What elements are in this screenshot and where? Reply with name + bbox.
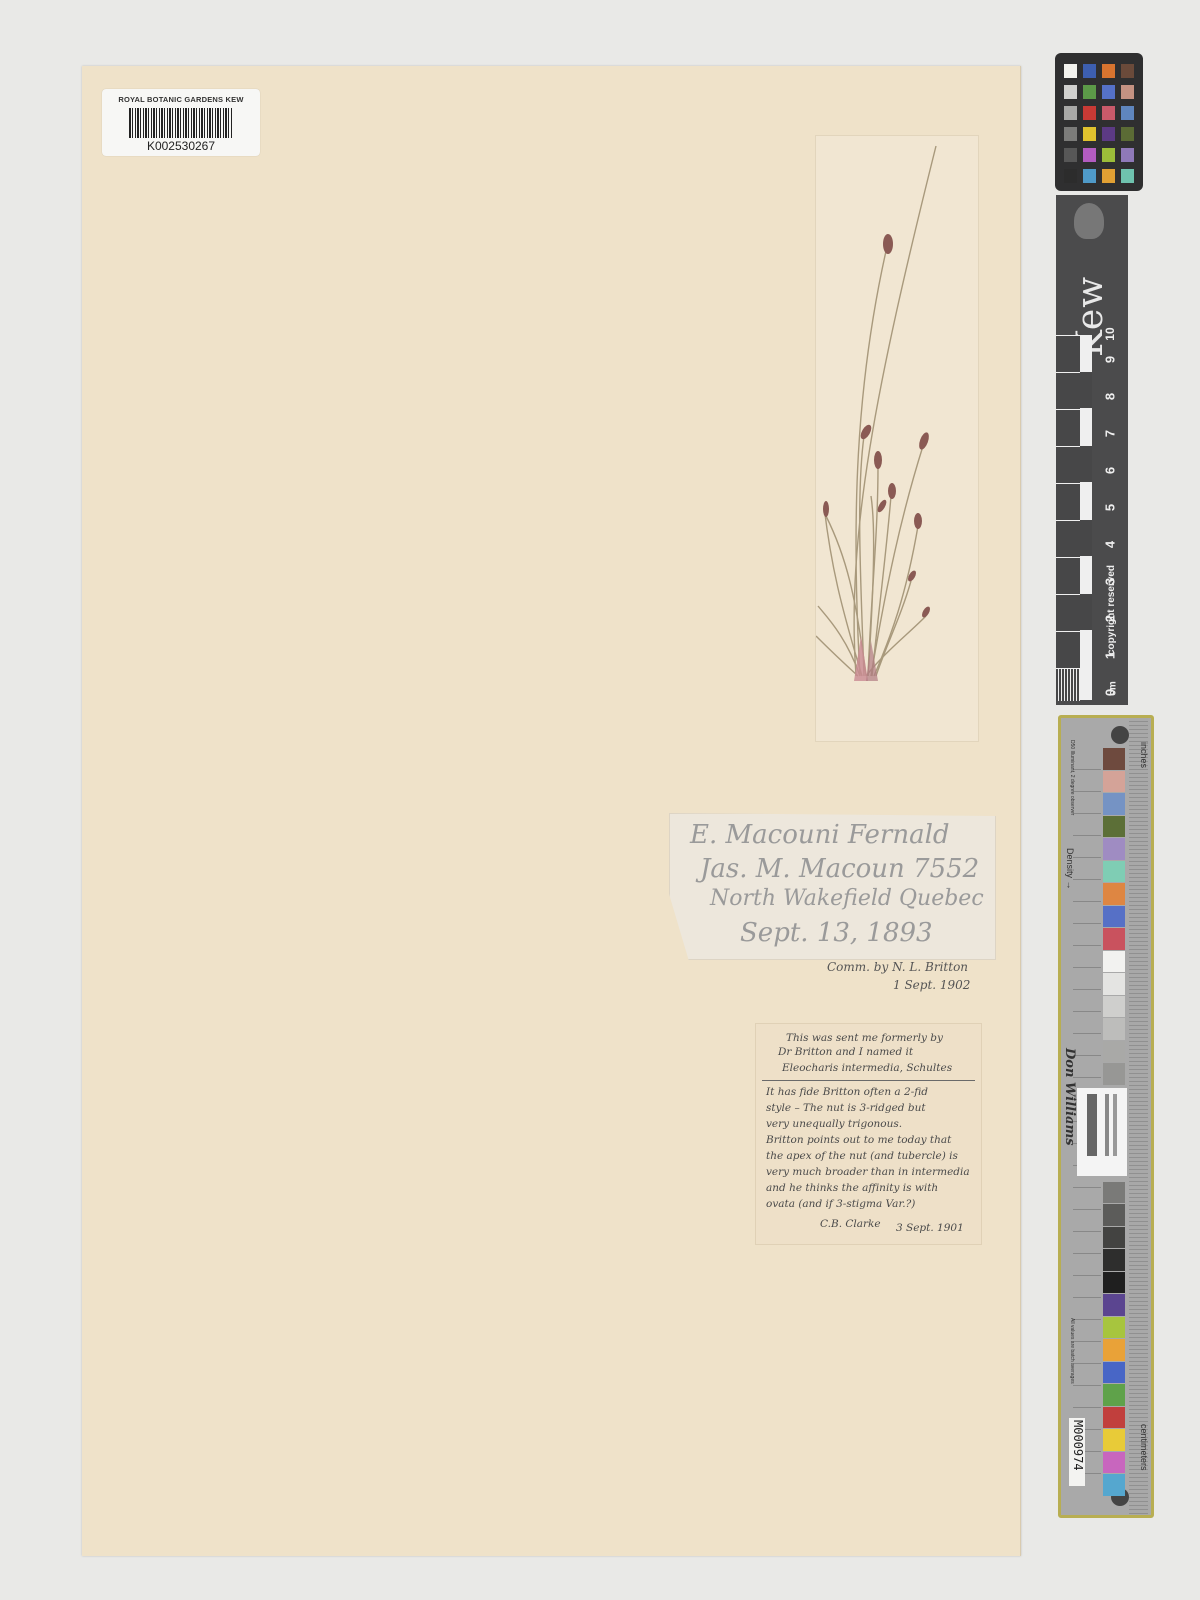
divider [762,1080,975,1081]
illuminant-note: D50 Illuminant, 2 degree observer [1069,740,1075,815]
barcode-icon [129,108,233,138]
cm-scale-bar [1056,335,1092,700]
color-swatch [1083,106,1096,120]
note-line: This was sent me formerly by [786,1032,943,1044]
note-date: 3 Sept. 1901 [896,1222,964,1234]
target-brand: Don Williams [1062,1048,1077,1146]
color-swatch [1083,127,1096,141]
color-swatch [1064,64,1077,78]
color-swatch [1102,85,1115,99]
note-line: Britton points out to me today that [766,1134,951,1146]
color-patch [1103,748,1125,770]
kew-scale-ruler: Kew 0 1 2 3 4 5 6 7 8 9 10 copyright res… [1056,195,1128,705]
centimeters-label: centimeters [1139,1424,1149,1471]
field-label-line: Jas. M. Macoun 7552 [700,854,979,884]
barcode-number: K002530267 [102,139,260,153]
density-label: Density → [1065,848,1075,890]
note-line: the apex of the nut (and tubercle) is [766,1150,958,1162]
digit: 6 [1103,457,1118,485]
communication-note: Comm. by N. L. Britton [827,960,968,974]
color-patch [1103,1317,1125,1339]
note-line: Dr Britton and I named it [778,1046,913,1058]
determination-note: This was sent me formerly by Dr Britton … [755,1023,982,1245]
color-patch [1103,1407,1125,1429]
mounted-specimen-strip [815,135,979,742]
serial-label: M000974 [1069,1418,1085,1486]
color-swatch [1064,127,1077,141]
unit-label: cm [1108,681,1119,695]
color-patch [1103,1474,1125,1496]
institution-name: ROYAL BOTANIC GARDENS KEW [102,95,260,104]
color-patch [1103,1452,1125,1474]
color-patch [1103,996,1125,1018]
color-swatch [1102,64,1115,78]
note-line: very much broader than in intermedia [766,1166,970,1178]
serial-number: M000974 [1071,1420,1085,1471]
color-swatch [1121,169,1134,183]
digit: 5 [1103,494,1118,522]
color-swatch [1064,106,1077,120]
color-patch [1103,816,1125,838]
color-swatch [1083,85,1096,99]
field-label-line: E. Macouni Fernald [690,820,950,850]
color-patch [1103,951,1125,973]
field-label-line: North Wakefield Quebec [710,886,984,911]
digit: 8 [1103,383,1118,411]
color-patch [1103,793,1125,815]
resolution-chart [1077,1088,1127,1176]
color-swatch [1121,148,1134,162]
color-swatch [1083,148,1096,162]
color-patch [1103,1294,1125,1316]
color-patch [1103,928,1125,950]
note-line: and he thinks the affinity is with [766,1182,938,1194]
color-target-card: Don Williams Density → D50 Illuminant, 2… [1058,715,1154,1518]
color-swatch [1121,64,1134,78]
digit: 9 [1103,346,1118,374]
color-patch [1103,1018,1125,1040]
inches-label: inches [1139,742,1149,768]
color-swatch [1064,148,1077,162]
color-checker-card [1055,53,1143,191]
note-line: style – The nut is 3-ridged but [766,1102,926,1114]
color-swatch [1121,85,1134,99]
color-patch [1103,1227,1125,1249]
copyright-text: copyright reserved [1106,525,1117,655]
color-patch [1103,861,1125,883]
plant-specimen-icon [816,136,978,741]
note-line: It has fide Britton often a 2-fid [766,1086,928,1098]
color-patch [1103,883,1125,905]
color-patch [1103,1249,1125,1271]
color-patch [1103,1272,1125,1294]
color-patch [1103,973,1125,995]
note-line: Eleocharis intermedia, Schultes [782,1062,952,1074]
digit: 7 [1103,420,1118,448]
color-patch [1103,771,1125,793]
barcode-label: ROYAL BOTANIC GARDENS KEW K002530267 [102,89,260,156]
communication-date: 1 Sept. 1902 [893,978,970,992]
note-line: very unequally trigonous. [766,1118,902,1130]
color-patch [1103,1362,1125,1384]
note-line: ovata (and if 3-stigma Var.?) [766,1198,915,1210]
color-swatch [1064,85,1077,99]
color-patch [1103,1384,1125,1406]
color-patch [1103,1204,1125,1226]
color-swatch [1064,169,1077,183]
color-patch [1103,1041,1125,1063]
color-patch [1103,906,1125,928]
color-swatch [1102,106,1115,120]
note-signature: C.B. Clarke [820,1218,881,1230]
color-swatch [1102,127,1115,141]
color-swatch [1121,106,1134,120]
kew-crest-icon [1074,203,1104,239]
color-swatch [1102,148,1115,162]
collection-field-label: E. Macouni Fernald Jas. M. Macoun 7552 N… [669,813,996,960]
registration-dot [1111,726,1129,744]
color-swatch [1121,127,1134,141]
ruler-edge [1129,718,1148,1515]
color-swatch [1083,169,1096,183]
color-swatch [1083,64,1096,78]
batch-note: All values are batch averages [1069,1318,1075,1384]
color-patch [1103,838,1125,860]
digit: 10 [1103,320,1117,348]
color-patch [1103,1182,1125,1204]
color-patch [1103,1429,1125,1451]
color-patch [1103,1063,1125,1085]
field-label-line: Sept. 13, 1893 [740,918,933,948]
color-patch [1103,1339,1125,1361]
color-swatch [1102,169,1115,183]
